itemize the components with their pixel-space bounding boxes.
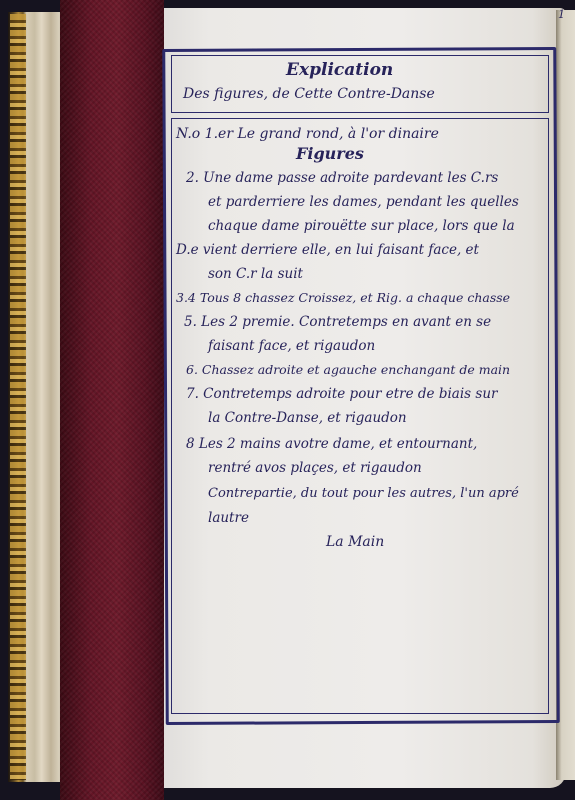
text-line: 5. Les 2 premie. Contretemps en avant en…: [184, 314, 491, 330]
page-title: Explication: [286, 60, 393, 80]
text-line: 7. Contretemps adroite pour etre de biai…: [186, 386, 497, 402]
ribbon-bookmark: [60, 0, 164, 800]
text-line: chaque dame pirouëtte sur place, lors qu…: [208, 218, 515, 234]
closing-line: La Main: [326, 534, 384, 550]
text-line: et parderriere les dames, pendant les qu…: [208, 194, 519, 210]
text-line: D.e vient derriere elle, en lui faisant …: [176, 242, 479, 258]
text-line: son C.r la suit: [208, 266, 303, 282]
page-subtitle: Des figures, de Cette Contre-Danse: [183, 86, 435, 102]
text-line: lautre: [208, 510, 249, 526]
text-line: 8 Les 2 mains avotre dame, et entournant…: [186, 436, 477, 452]
text-line: faisant face, et rigaudon: [208, 338, 375, 354]
text-line: 6. Chassez adroite et agauche enchangant…: [186, 362, 510, 377]
text-line: 2. Une dame passe adroite pardevant les …: [186, 170, 498, 186]
text-line: Contrepartie, du tout pour les autres, l…: [208, 486, 519, 501]
text-line: rentré avos plaçes, et rigaudon: [208, 460, 422, 476]
intro-line: N.o 1.er Le grand rond, à l'or dinaire: [176, 126, 439, 142]
gilt-binding-edge: [10, 14, 26, 780]
figures-heading: Figures: [296, 144, 364, 163]
text-line: 3.4 Tous 8 chassez Croissez, et Rig. a c…: [176, 290, 510, 305]
text-line: la Contre-Danse, et rigaudon: [208, 410, 407, 426]
page-number: 1: [558, 8, 565, 21]
